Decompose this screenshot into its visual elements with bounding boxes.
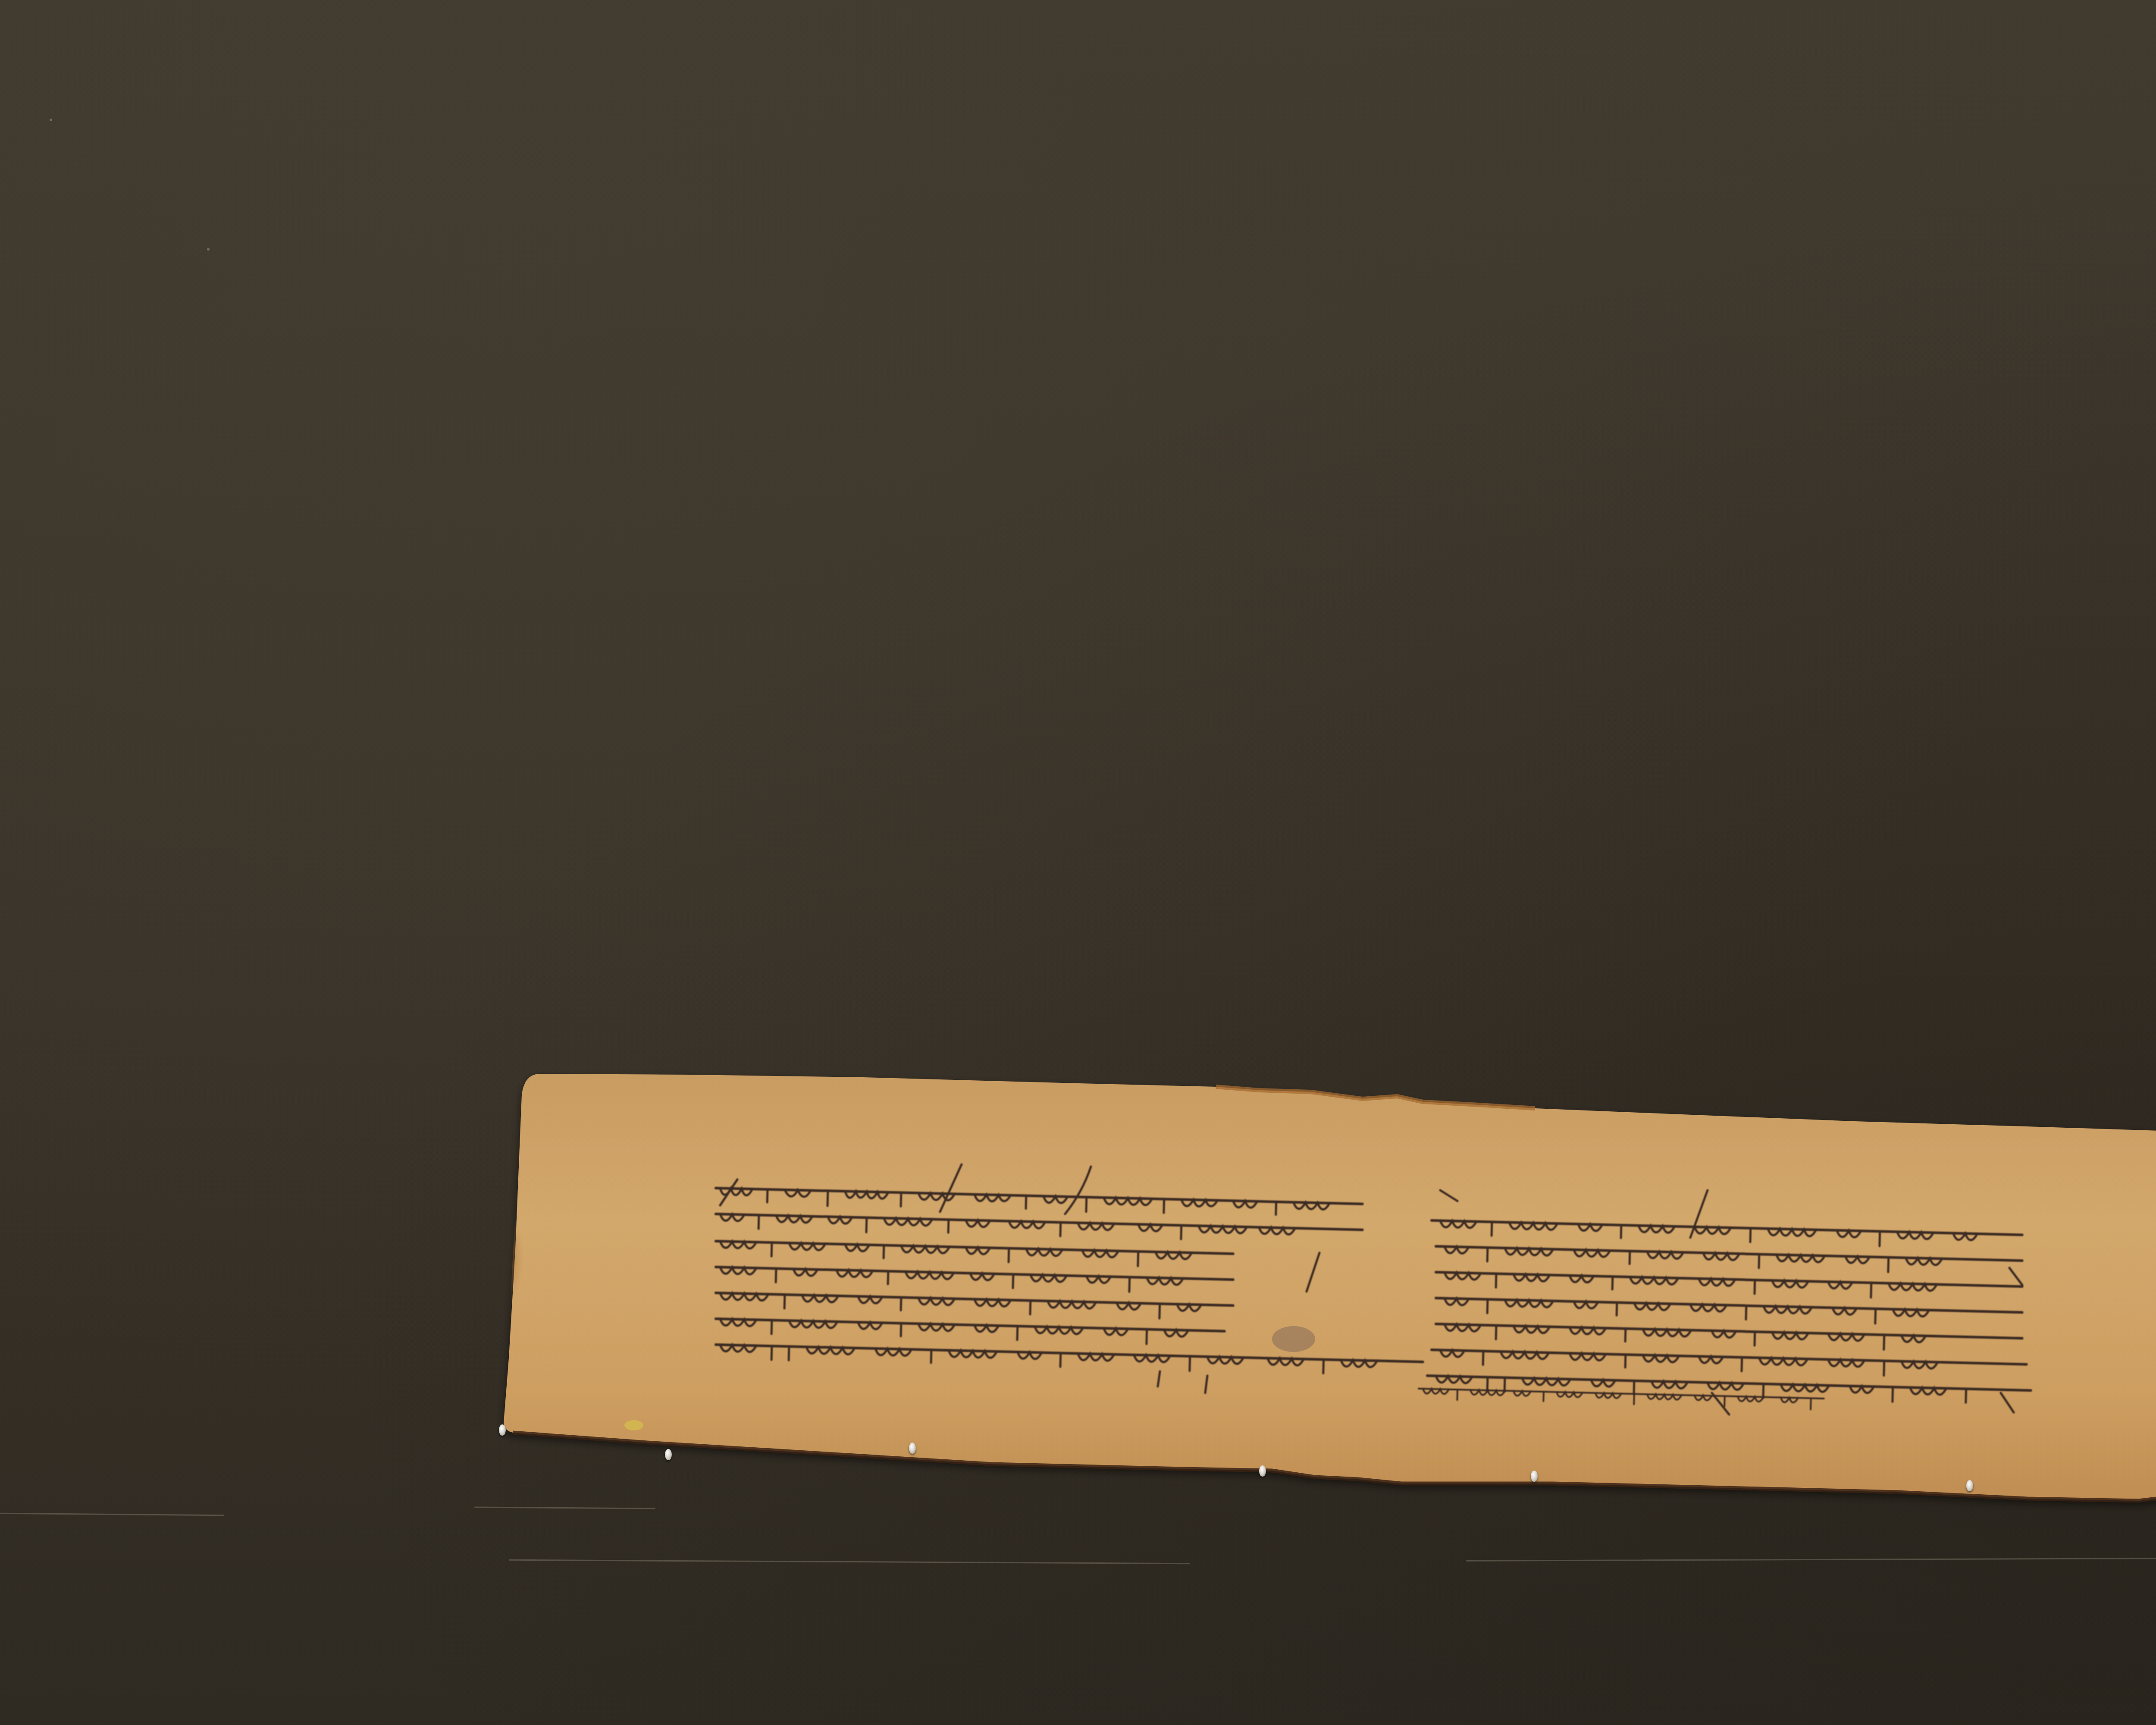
manuscript-folio xyxy=(0,0,2156,1725)
paper-fleck xyxy=(624,1420,643,1430)
folio-edge-stain-left xyxy=(504,1074,647,1443)
mounting-pin xyxy=(499,1424,506,1436)
mounting-pin xyxy=(909,1443,916,1454)
mounting-pin xyxy=(1531,1471,1538,1482)
ink-smudge xyxy=(1272,1326,1315,1352)
folio-paper xyxy=(504,1074,2156,1501)
folio-drawing xyxy=(0,0,2156,1725)
mounting-pin xyxy=(665,1449,672,1460)
mounting-pin xyxy=(1966,1480,1973,1491)
folio-edge-stain-right xyxy=(2070,1128,2156,1500)
mounting-pin xyxy=(1259,1465,1266,1477)
